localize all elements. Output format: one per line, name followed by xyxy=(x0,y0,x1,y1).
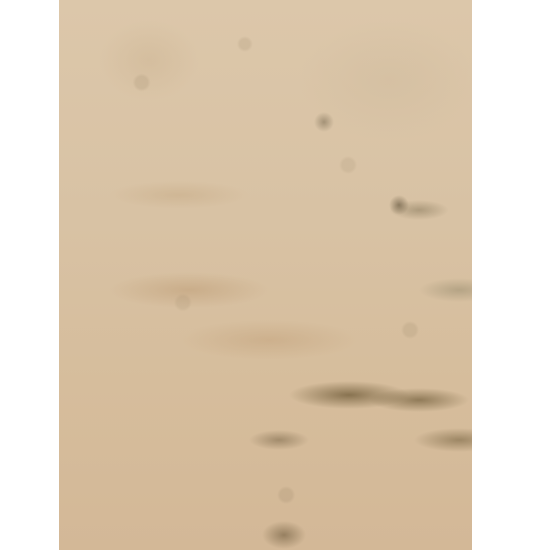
rug-texture-photo xyxy=(59,0,472,550)
